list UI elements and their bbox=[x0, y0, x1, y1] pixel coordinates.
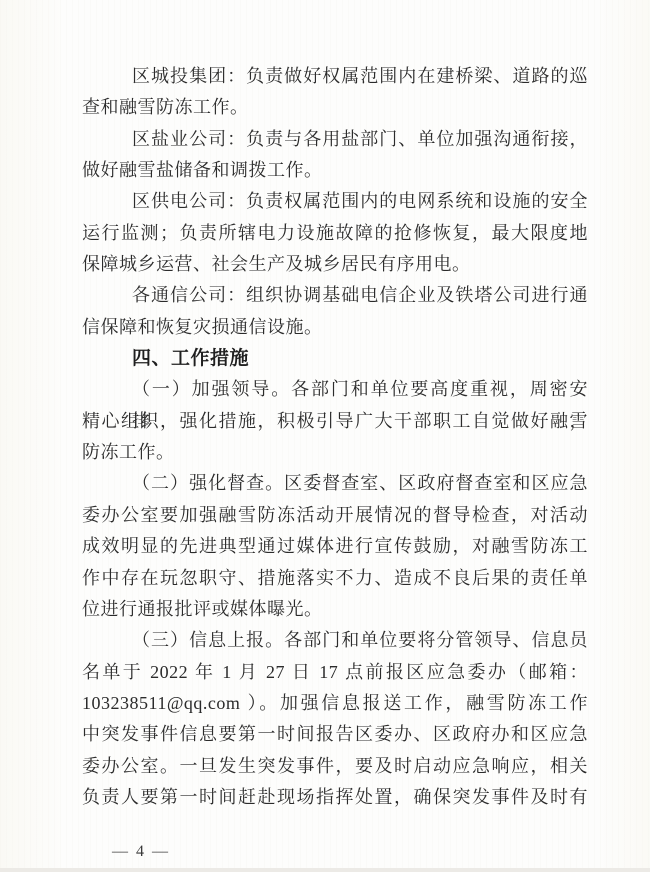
text-line: 查和融雪防冻工作。 bbox=[82, 92, 588, 123]
text-line: 区供电公司：负责权属范围内的电网系统和设施的安全 bbox=[82, 186, 588, 217]
paragraph: （二）强化督查。区委督查室、区政府督查室和区应急 委办公室要加强融雪防冻活动开展… bbox=[82, 468, 588, 625]
text-line: （一）加强领导。各部门和单位要高度重视，周密安排， bbox=[82, 374, 588, 405]
page-number: — 4 — bbox=[112, 843, 170, 861]
page-bottom-edge bbox=[0, 868, 650, 872]
paragraph: 各通信公司：组织协调基础电信企业及铁塔公司进行通 信保障和恢复灾损通信设施。 bbox=[82, 280, 588, 343]
text-line: 运行监测；负责所辖电力设施故障的抢修恢复，最大限度地 bbox=[82, 218, 588, 249]
text-line: （二）强化督查。区委督查室、区政府督查室和区应急 bbox=[82, 468, 588, 499]
document-page: 区城投集团：负责做好权属范围内在建桥梁、道路的巡 查和融雪防冻工作。 区盐业公司… bbox=[0, 0, 650, 872]
text-line: 精心组织，强化措施，积极引导广大干部职工自觉做好融雪 bbox=[82, 406, 588, 437]
paragraph: 区城投集团：负责做好权属范围内在建桥梁、道路的巡 查和融雪防冻工作。 bbox=[82, 61, 588, 124]
text-line: 中突发事件信息要第一时间报告区委办、区政府办和区应急 bbox=[82, 719, 588, 750]
text-line: 成效明显的先进典型通过媒体进行宣传鼓励，对融雪防冻工 bbox=[82, 531, 588, 562]
text-line: 委办公室。一旦发生突发事件，要及时启动应急响应，相关 bbox=[82, 751, 588, 782]
paragraph: 区供电公司：负责权属范围内的电网系统和设施的安全 运行监测；负责所辖电力设施故障… bbox=[82, 186, 588, 280]
section-heading: 四、工作措施 bbox=[82, 343, 588, 374]
text-line: 名单于 2022 年 1 月 27 日 17 点前报区应急委办（邮箱： bbox=[82, 657, 588, 688]
text-line: 做好融雪盐储备和调拨工作。 bbox=[82, 155, 588, 186]
text-line: 区城投集团：负责做好权属范围内在建桥梁、道路的巡 bbox=[82, 61, 588, 92]
text-line: 103238511@qq.com ）。加强信息报送工作，融雪防冻工作 bbox=[82, 688, 588, 719]
section-heading-text: 四、工作措施 bbox=[82, 343, 588, 374]
text-line: 位进行通报批评或媒体曝光。 bbox=[82, 594, 588, 625]
paragraph: （一）加强领导。各部门和单位要高度重视，周密安排， 精心组织，强化措施，积极引导… bbox=[82, 374, 588, 468]
text-line: （三）信息上报。各部门和单位要将分管领导、信息员 bbox=[82, 625, 588, 656]
text-line: 防冻工作。 bbox=[82, 437, 588, 468]
paragraph: （三）信息上报。各部门和单位要将分管领导、信息员 名单于 2022 年 1 月 … bbox=[82, 625, 588, 813]
document-body: 区城投集团：负责做好权属范围内在建桥梁、道路的巡 查和融雪防冻工作。 区盐业公司… bbox=[82, 61, 588, 813]
text-line: 负责人要第一时间赶赴现场指挥处置，确保突发事件及时有 bbox=[82, 782, 588, 813]
text-line: 保障城乡运营、社会生产及城乡居民有序用电。 bbox=[82, 249, 588, 280]
text-line: 各通信公司：组织协调基础电信企业及铁塔公司进行通 bbox=[82, 280, 588, 311]
text-line: 作中存在玩忽职守、措施落实不力、造成不良后果的责任单 bbox=[82, 563, 588, 594]
text-line: 区盐业公司：负责与各用盐部门、单位加强沟通衔接， bbox=[82, 124, 588, 155]
text-line: 信保障和恢复灾损通信设施。 bbox=[82, 312, 588, 343]
text-line: 委办公室要加强融雪防冻活动开展情况的督导检查，对活动 bbox=[82, 500, 588, 531]
paragraph: 区盐业公司：负责与各用盐部门、单位加强沟通衔接， 做好融雪盐储备和调拨工作。 bbox=[82, 124, 588, 187]
